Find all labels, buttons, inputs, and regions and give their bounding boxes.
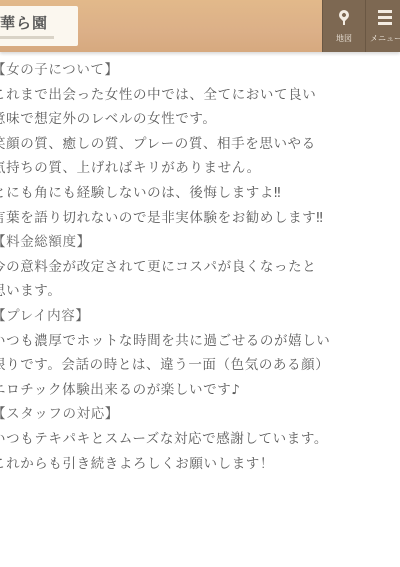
logo-text: 華ら園	[0, 12, 48, 33]
review-line: 今の意料金が改定されて更にコスパが良くなったと	[0, 255, 400, 280]
section-heading: 【プレイ内容】	[0, 304, 400, 329]
site-header: 華ら園 地図 メニュー	[0, 0, 400, 52]
menu-icon	[378, 10, 392, 28]
review-line: 気持ちの質、上げればキリがありません。	[0, 156, 400, 181]
map-label: 地図	[323, 34, 365, 44]
review-line: 限りです。会話の時とは、違う一面（色気のある顔）	[0, 353, 400, 378]
map-button[interactable]: 地図	[322, 0, 365, 52]
review-line: いつもテキパキとスムーズな対応で感謝しています。	[0, 427, 400, 452]
review-line: これからも引き続きよろしくお願いします！	[0, 452, 400, 477]
review-line: 思います。	[0, 279, 400, 304]
review-line: とにも角にも経験しないのは、後悔しますよ‼	[0, 181, 400, 206]
menu-button[interactable]: メニュー	[365, 0, 400, 52]
review-line: いつも濃厚でホットな時間を共に過ごせるのが嬉しい	[0, 329, 400, 354]
map-pin-stem	[343, 19, 345, 25]
logo[interactable]: 華ら園	[0, 6, 78, 46]
logo-subtitle	[0, 36, 54, 39]
review-line: 意味で想定外のレベルの女性です。	[0, 107, 400, 132]
review-line: 笑顔の質、癒しの質、プレーの質、相手を思いやる	[0, 132, 400, 157]
section-heading: 【料金総額度】	[0, 230, 400, 255]
section-heading: 【スタッフの対応】	[0, 402, 400, 427]
menu-label: メニュー	[366, 34, 400, 44]
review-body: 【女の子について】 これまで出会った女性の中では、全てにおいて良い 意味で想定外…	[0, 58, 400, 476]
review-line: 言葉を語り切れないので是非実体験をお勧めします‼	[0, 206, 400, 231]
review-line: エロチック体験出来るのが楽しいです♪	[0, 378, 400, 403]
review-line: これまで出会った女性の中では、全てにおいて良い	[0, 83, 400, 108]
section-heading: 【女の子について】	[0, 58, 400, 83]
